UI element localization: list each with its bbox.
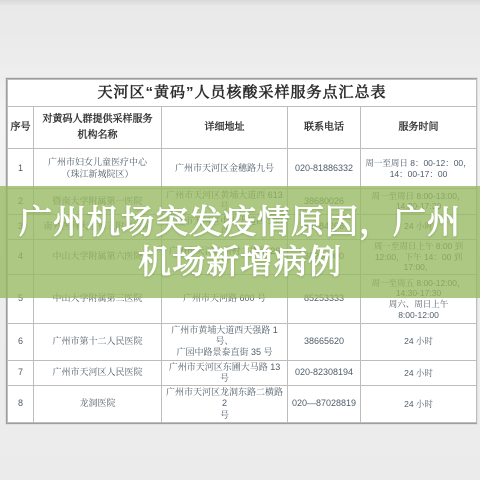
header-time: 服务时间 <box>361 107 477 149</box>
cell-address: 广州市天河区东圃大马路 13 号 <box>162 360 288 386</box>
cell-org: 广州市天河区人民医院 <box>34 360 162 386</box>
table-row: 7 广州市天河区人民医院 广州市天河区东圃大马路 13 号 020-823081… <box>8 360 477 386</box>
table-title: 天河区“黄码”人员核酸采样服务点汇总表 <box>8 80 477 107</box>
table-row: 6 广州市第十二人民医院 广州市黄埔大道西天强路 1 号、 广园中路景泰直街 3… <box>8 323 477 360</box>
cell-org: 广州市第十二人民医院 <box>34 323 162 360</box>
header-org: 对黄码人群提供采样服务 机构名称 <box>34 107 162 149</box>
cell-phone: 38665620 <box>288 323 361 360</box>
cell-time: 24 小时 <box>361 323 477 360</box>
header-no: 序号 <box>8 107 34 149</box>
table-title-row: 天河区“黄码”人员核酸采样服务点汇总表 <box>8 80 477 107</box>
headline-overlay-banner: 广州机场突发疫情原因，广州 机场新增病例 <box>0 186 480 298</box>
cell-org: 龙洞医院 <box>34 386 162 423</box>
cell-time: 24 小时 <box>361 360 477 386</box>
cell-phone: 020—87028819 <box>288 386 361 423</box>
cell-phone: 020-82308194 <box>288 360 361 386</box>
cell-org: 广州市妇女儿童医疗中心 （珠江新城院区） <box>34 149 162 189</box>
cell-address: 广州市天河区龙洞东路二横路 2 号 <box>162 386 288 423</box>
header-address: 详细地址 <box>162 107 288 149</box>
table-row: 1 广州市妇女儿童医疗中心 （珠江新城院区） 广州市天河区金穗路九号 020-8… <box>8 149 477 189</box>
cell-no: 7 <box>8 360 34 386</box>
cell-time: 24 小时 <box>361 386 477 423</box>
cell-no: 8 <box>8 386 34 423</box>
cell-time: 周一至周日 8：00-12：00， 14：00-17：00 <box>361 149 477 189</box>
header-phone: 联系电话 <box>288 107 361 149</box>
headline-line-2: 机场新增病例 <box>138 242 342 282</box>
table-header-row: 序号 对黄码人群提供采样服务 机构名称 详细地址 联系电话 服务时间 <box>8 107 477 149</box>
article-image: 天河区“黄码”人员核酸采样服务点汇总表 序号 对黄码人群提供采样服务 机构名称 … <box>0 0 480 480</box>
cell-address: 广州市黄埔大道西天强路 1 号、 广园中路景泰直街 35 号 <box>162 323 288 360</box>
cell-no: 1 <box>8 149 34 189</box>
table-row: 8 龙洞医院 广州市天河区龙洞东路二横路 2 号 020—87028819 24… <box>8 386 477 423</box>
cell-no: 6 <box>8 323 34 360</box>
cell-phone: 020-81886332 <box>288 149 361 189</box>
cell-address: 广州市天河区金穗路九号 <box>162 149 288 189</box>
headline-line-1: 广州机场突发疫情原因，广州 <box>19 202 461 242</box>
